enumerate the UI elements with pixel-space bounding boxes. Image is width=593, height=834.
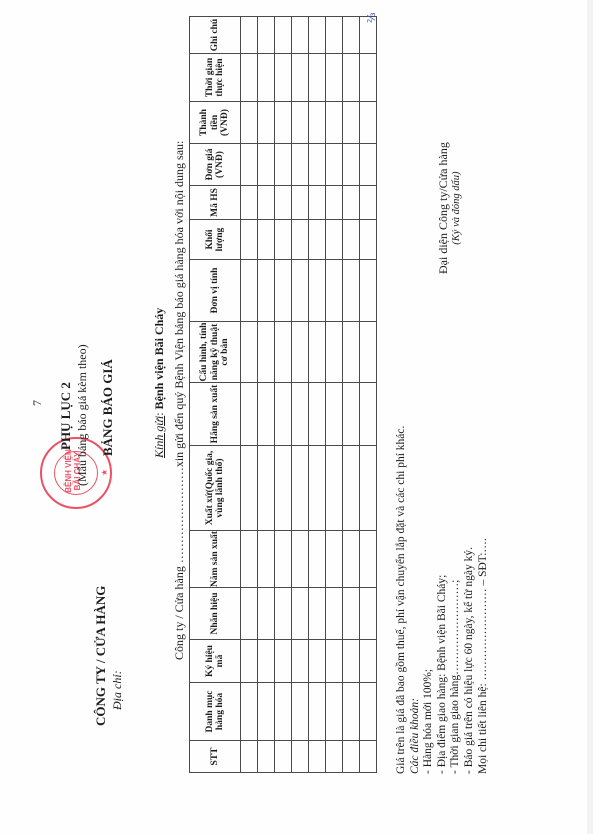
table-cell <box>241 260 258 322</box>
table-cell <box>258 102 275 144</box>
table-cell <box>343 322 360 383</box>
table-cell <box>343 640 360 683</box>
table-cell <box>360 186 377 220</box>
table-cell <box>241 741 258 773</box>
table-cell <box>326 446 343 531</box>
table-cell <box>343 17 360 54</box>
table-cell <box>309 683 326 741</box>
notes-block: Giá trên là giá đã bao gồm thuế, phí vận… <box>395 426 490 774</box>
term-item: - Hàng hóa mới 100%; <box>422 426 436 774</box>
table-cell <box>258 531 275 588</box>
table-cell <box>241 383 258 446</box>
table-cell <box>275 640 292 683</box>
address-label: Địa chỉ: <box>110 670 125 710</box>
table-body <box>241 17 377 773</box>
table-cell <box>360 54 377 102</box>
table-cell <box>360 322 377 383</box>
table-cell <box>275 741 292 773</box>
terms-label: Các điều khoản: <box>409 426 423 774</box>
table-cell <box>360 446 377 531</box>
table-cell <box>360 102 377 144</box>
table-cell <box>326 54 343 102</box>
price-note: Giá trên là giá đã bao gồm thuế, phí vận… <box>395 426 409 774</box>
table-cell <box>292 531 309 588</box>
table-cell <box>241 322 258 383</box>
table-cell <box>309 531 326 588</box>
table-cell <box>292 186 309 220</box>
table-cell <box>360 144 377 186</box>
term-item: - Địa điểm giao hàng: Bệnh viện Bãi Cháy… <box>436 426 450 774</box>
form-title: BẢNG BÁO GIÁ <box>100 359 116 456</box>
term-item: - Báo giá trên có hiệu lực 60 ngày, kể t… <box>463 426 477 774</box>
table-cell <box>241 54 258 102</box>
signature-block: Đại diện Công ty/Cửa hàng (Ký và đóng dấ… <box>436 142 462 274</box>
table-cell <box>360 260 377 322</box>
table-cell <box>343 102 360 144</box>
scanned-page-viewport: 7 CÔNG TY / CỬA HÀNG Địa chỉ: BỆNH VIỆN … <box>0 0 593 834</box>
table-cell <box>309 186 326 220</box>
table-cell <box>241 640 258 683</box>
column-header: Năm sản xuất <box>190 531 241 588</box>
table-cell <box>326 383 343 446</box>
table-cell <box>275 186 292 220</box>
column-header: Danh mục hàng hóa <box>190 683 241 741</box>
table-cell <box>326 683 343 741</box>
company-heading: CÔNG TY / CỬA HÀNG <box>93 586 109 726</box>
column-header: Đơn giá (VNĐ) <box>190 144 241 186</box>
table-cell <box>275 102 292 144</box>
table-row <box>343 17 360 773</box>
table-cell <box>275 531 292 588</box>
column-header: Ghi chú <box>190 17 241 54</box>
column-header: Nhãn hiệu <box>190 588 241 640</box>
table-cell <box>326 144 343 186</box>
table-cell <box>343 186 360 220</box>
table-cell <box>275 322 292 383</box>
table-row <box>241 17 258 773</box>
table-cell <box>326 741 343 773</box>
table-cell <box>326 220 343 260</box>
table-cell <box>258 683 275 741</box>
table-cell <box>292 446 309 531</box>
table-cell <box>292 741 309 773</box>
column-header: Mã HS <box>190 186 241 220</box>
column-header: Ký hiệu mã <box>190 640 241 683</box>
table-cell <box>360 741 377 773</box>
table-cell <box>343 683 360 741</box>
table-cell <box>309 322 326 383</box>
table-cell <box>275 17 292 54</box>
table-cell <box>292 683 309 741</box>
stamp-star-icon: ★ <box>100 469 109 476</box>
table-cell <box>292 220 309 260</box>
table-cell <box>309 383 326 446</box>
table-cell <box>360 531 377 588</box>
recipient-label: Kính gửi <box>152 416 166 458</box>
table-cell <box>360 588 377 640</box>
table-cell <box>292 260 309 322</box>
table-cell <box>360 383 377 446</box>
column-header: Cấu hình, tính năng kỹ thuật cơ bản <box>190 322 241 383</box>
table-cell <box>326 186 343 220</box>
table-cell <box>343 531 360 588</box>
table-cell <box>309 260 326 322</box>
table-cell <box>292 17 309 54</box>
table-cell <box>292 588 309 640</box>
contact-line: Mọi chi tiết liên hệ: …………………… – SĐT:…. <box>477 426 491 774</box>
table-cell <box>258 260 275 322</box>
table-cell <box>241 102 258 144</box>
table-cell <box>343 383 360 446</box>
table-cell <box>326 322 343 383</box>
table-cell <box>309 446 326 531</box>
table-cell <box>309 640 326 683</box>
column-header: Khối lượng <box>190 220 241 260</box>
table-cell <box>275 54 292 102</box>
table-cell <box>258 640 275 683</box>
table-cell <box>258 186 275 220</box>
table-cell <box>343 54 360 102</box>
column-header: Thành tiền (VNĐ) <box>190 102 241 144</box>
column-header: STT <box>190 741 241 773</box>
table-cell <box>292 383 309 446</box>
table-cell <box>360 683 377 741</box>
quotation-table: STTDanh mục hàng hóaKý hiệu mãNhãn hiệuN… <box>189 16 377 773</box>
table-cell <box>241 531 258 588</box>
table-cell <box>275 383 292 446</box>
table-row <box>258 17 275 773</box>
table-row <box>326 17 343 773</box>
table-cell <box>343 220 360 260</box>
recipient-line: Kính gửi: Bệnh viện Bãi Cháy <box>152 308 167 458</box>
table-cell <box>309 54 326 102</box>
table-cell <box>343 741 360 773</box>
table-cell <box>343 588 360 640</box>
column-header: Hãng sản xuất <box>190 383 241 446</box>
table-cell <box>241 446 258 531</box>
stamp-text-line1: BỆNH VIỆN <box>64 449 73 493</box>
table-cell <box>292 54 309 102</box>
table-cell <box>258 588 275 640</box>
table-cell <box>275 144 292 186</box>
table-cell <box>241 588 258 640</box>
table-row <box>275 17 292 773</box>
table-cell <box>258 54 275 102</box>
table-cell <box>309 741 326 773</box>
table-cell <box>275 220 292 260</box>
term-item: - Thời gian giao hàng……………………; <box>449 426 463 774</box>
table-cell <box>292 144 309 186</box>
table-row <box>360 17 377 773</box>
page-number: 7 <box>30 400 45 406</box>
table-cell <box>258 220 275 260</box>
table-cell <box>292 322 309 383</box>
rotated-document-page: 7 CÔNG TY / CỬA HÀNG Địa chỉ: BỆNH VIỆN … <box>0 0 593 834</box>
table-cell <box>258 144 275 186</box>
handwritten-mark-icon: ⅔ <box>365 12 378 23</box>
table-cell <box>360 220 377 260</box>
table-cell <box>292 640 309 683</box>
table-cell <box>326 17 343 54</box>
column-header: Xuất xứ(Quốc gia, vùng lãnh thổ) <box>190 446 241 531</box>
table-cell <box>309 588 326 640</box>
table-cell <box>258 383 275 446</box>
table-cell <box>326 102 343 144</box>
column-header: Đơn vị tính <box>190 260 241 322</box>
table-cell <box>343 446 360 531</box>
table-cell <box>275 260 292 322</box>
table-row <box>292 17 309 773</box>
table-header-row: STTDanh mục hàng hóaKý hiệu mãNhãn hiệuN… <box>190 17 241 773</box>
table-cell <box>241 220 258 260</box>
table-cell <box>326 640 343 683</box>
table-cell <box>309 17 326 54</box>
table-cell <box>258 322 275 383</box>
appendix-subtitle: (Mẫu bảng báo giá kèm theo) <box>75 344 90 486</box>
table-cell <box>326 260 343 322</box>
recipient-colon: : <box>152 409 166 415</box>
table-cell <box>326 531 343 588</box>
table-cell <box>258 446 275 531</box>
table-cell <box>343 260 360 322</box>
table-cell <box>241 144 258 186</box>
intro-text: Công ty / Cửa hàng ……………………xin gửi đến q… <box>172 141 187 660</box>
scan-edge <box>587 0 593 834</box>
table-cell <box>241 683 258 741</box>
table-cell <box>309 102 326 144</box>
table-cell <box>275 446 292 531</box>
table-cell <box>360 640 377 683</box>
table-cell <box>326 588 343 640</box>
table-cell <box>309 220 326 260</box>
recipient-value: Bệnh viện Bãi Cháy <box>152 308 166 410</box>
table-cell <box>258 17 275 54</box>
table-row <box>309 17 326 773</box>
table-cell <box>343 144 360 186</box>
table-cell <box>241 17 258 54</box>
signature-title: Đại diện Công ty/Cửa hàng <box>436 142 451 274</box>
table-cell <box>241 186 258 220</box>
table-cell <box>292 102 309 144</box>
table-cell <box>258 741 275 773</box>
signature-subtitle: (Ký và đóng dấu) <box>451 142 462 274</box>
appendix-title: PHỤ LỤC 2 <box>58 382 74 450</box>
table-cell <box>309 144 326 186</box>
table-cell <box>275 683 292 741</box>
table-cell <box>275 588 292 640</box>
column-header: Thời gian thực hiện <box>190 54 241 102</box>
